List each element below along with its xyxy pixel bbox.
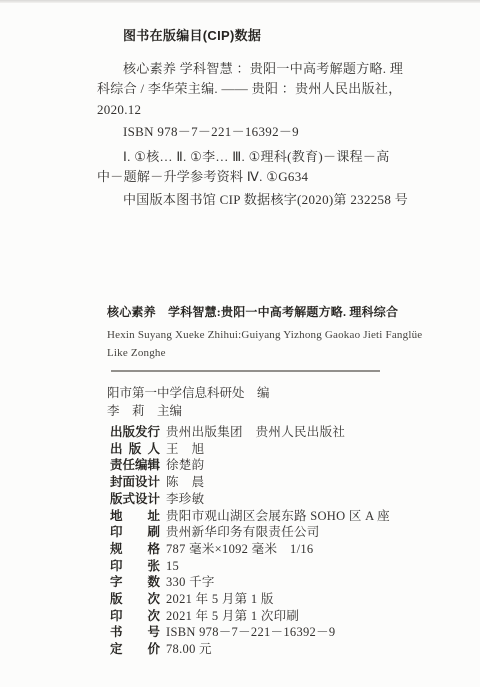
colophon-label: 印次 [110, 608, 160, 625]
colophon-row: 印张15 [110, 558, 390, 575]
colophon-row: 出版人王 旭 [110, 441, 390, 458]
colophon-row: 书号ISBN 978－7－221－16392－9 [110, 624, 390, 641]
colophon-row: 封面设计陈 晨 [110, 474, 390, 491]
colophon-value: 2021 年 5 月第 1 版 [166, 592, 274, 606]
book-title: 核心素养 学科智慧:贵阳一中高考解题方略. 理科综合 [107, 304, 395, 320]
cip-record-line-1: 核心素养 学科智慧 ：贵阳一中高考解题方略. 理 [97, 59, 397, 80]
colophon-row: 版式设计李珍敏 [110, 491, 390, 508]
colophon-label: 责任编辑 [110, 457, 160, 474]
colophon-row: 印次2021 年 5 月第 1 次印刷 [110, 608, 390, 625]
compiler-line: 阳市第一中学信息科研处 编 [107, 384, 395, 402]
colophon-label: 版式设计 [110, 491, 160, 508]
title-block: 核心素养 学科智慧:贵阳一中高考解题方略. 理科综合 Hexin Suyang … [107, 304, 395, 420]
colophon-value: 李珍敏 [166, 492, 204, 506]
colophon-value: ISBN 978－7－221－16392－9 [166, 625, 335, 639]
colophon-row: 字数330 千字 [110, 574, 390, 591]
colophon-value: 贵阳市观山湖区会展东路 SOHO 区 A 座 [166, 509, 390, 523]
colophon-label: 封面设计 [110, 474, 160, 491]
colophon-label: 出版发行 [110, 424, 160, 441]
divider-rule [111, 370, 380, 372]
colophon-value: 陈 晨 [166, 475, 204, 489]
book-title-pinyin-line-1: Hexin Suyang Xueke Zhihui:Guiyang Yizhon… [107, 327, 395, 345]
colophon-row: 版次2021 年 5 月第 1 版 [110, 591, 390, 608]
chief-editor-line: 李 莉 主编 [107, 402, 395, 420]
colophon-label: 版次 [110, 591, 160, 608]
colophon-value: 15 [166, 559, 179, 573]
cip-classification-line-1: Ⅰ. ①核… Ⅱ. ①李… Ⅲ. ①理科(教育)－课程－高 [97, 147, 397, 168]
book-copyright-page: 图书在版编目(CIP)数据 核心素养 学科智慧 ：贵阳一中高考解题方略. 理 科… [0, 0, 480, 687]
colophon-value: 78.00 元 [166, 642, 212, 656]
colophon-value: 330 千字 [166, 575, 215, 589]
colophon-label: 书号 [110, 624, 160, 641]
cip-heading: 图书在版编目(CIP)数据 [123, 26, 397, 47]
cip-section: 图书在版编目(CIP)数据 核心素养 学科智慧 ：贵阳一中高考解题方略. 理 科… [97, 26, 397, 210]
scan-edge-shadow [0, 0, 480, 3]
cip-classification-line-2: 中－题解－升学参考资料 Ⅳ. ①G634 [97, 167, 397, 188]
cip-record-line-3: 2020.12 [97, 100, 397, 121]
cip-isbn-line: ISBN 978－7－221－16392－9 [97, 122, 397, 143]
colophon-label: 印刷 [110, 524, 160, 541]
colophon-value: 787 毫米×1092 毫米 1/16 [166, 542, 313, 556]
colophon-label: 字数 [110, 574, 160, 591]
colophon-value: 贵州出版集团 贵州人民出版社 [166, 425, 345, 439]
colophon-value: 贵州新华印务有限责任公司 [166, 525, 320, 539]
colophon-label: 定价 [110, 641, 160, 658]
colophon-row: 定价78.00 元 [110, 641, 390, 658]
cip-registration-line: 中国版本图书馆 CIP 数据核字(2020)第 232258 号 [97, 190, 397, 211]
colophon-label: 出版人 [110, 441, 160, 458]
colophon-row: 印刷贵州新华印务有限责任公司 [110, 524, 390, 541]
cip-record-line-2: 科综合 / 李华荣主编. —— 贵阳 ：贵州人民出版社， [97, 79, 397, 100]
colophon-label: 规格 [110, 541, 160, 558]
colophon-label: 地址 [110, 508, 160, 525]
colophon-row: 出版发行贵州出版集团 贵州人民出版社 [110, 424, 390, 441]
colophon-value: 徐楚韵 [166, 458, 204, 472]
colophon-label: 印张 [110, 558, 160, 575]
colophon-value: 2021 年 5 月第 1 次印刷 [166, 609, 299, 623]
colophon-row: 规格787 毫米×1092 毫米 1/16 [110, 541, 390, 558]
colophon-value: 王 旭 [166, 442, 204, 456]
colophon-section: 出版发行贵州出版集团 贵州人民出版社 出版人王 旭 责任编辑徐楚韵 封面设计陈 … [110, 424, 390, 658]
colophon-row: 地址贵阳市观山湖区会展东路 SOHO 区 A 座 [110, 508, 390, 525]
colophon-row: 责任编辑徐楚韵 [110, 457, 390, 474]
book-title-pinyin-line-2: Like Zonghe [107, 345, 395, 363]
